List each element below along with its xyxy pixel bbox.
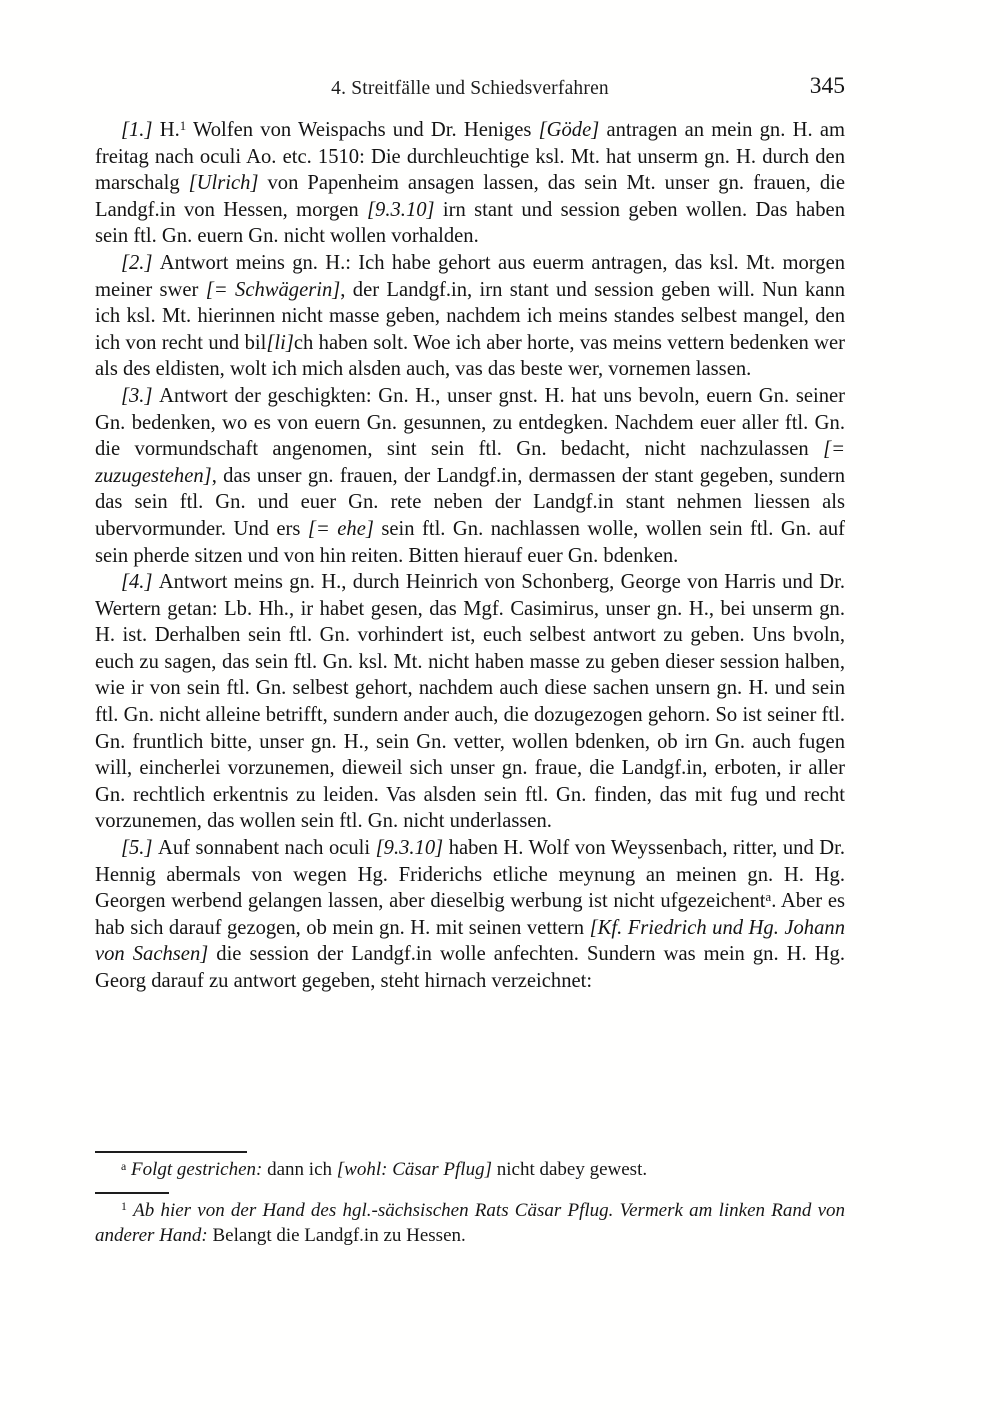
text-run: Folgt gestrichen:	[131, 1159, 262, 1180]
text-run: die session der Landgf.in wolle anfechte…	[95, 943, 845, 992]
footnote-marker: a	[766, 890, 772, 904]
chapter-title: 4. Streitfälle und Schiedsverfahren	[95, 78, 845, 100]
text-run: Antwort meins gn. H., durch Heinrich von…	[95, 571, 845, 832]
footnote-marker: a	[121, 1160, 126, 1173]
text-run: [4.]	[121, 571, 159, 593]
paragraph-4: [4.] Antwort meins gn. H., durch Heinric…	[95, 569, 845, 835]
text-run: [2.]	[121, 252, 160, 274]
book-page: 4. Streitfälle und Schiedsverfahren 345 …	[0, 0, 1004, 1418]
text-run: [Göde]	[539, 119, 600, 141]
text-run: [wohl: Cäsar Pflug]	[337, 1159, 492, 1180]
text-run: [9.3.10]	[367, 199, 435, 221]
footnote-group-1: 1 Ab hier von der Hand des hgl.-sächsisc…	[95, 1192, 845, 1249]
text-run: nicht dabey gewest.	[492, 1159, 647, 1180]
text-run: [9.3.10]	[376, 837, 444, 859]
footnote-text-1: 1 Ab hier von der Hand des hgl.-sächsisc…	[95, 1198, 845, 1249]
paragraph-1: [1.] H.1 Wolfen von Weispachs und Dr. He…	[95, 117, 845, 250]
text-run: [3.]	[121, 385, 159, 407]
footnote-marker: 1	[121, 1200, 127, 1213]
paragraph-3: [3.] Antwort der geschigkten: Gn. H., un…	[95, 383, 845, 569]
text-run: Wolfen von Weispachs und Dr. Heniges	[186, 119, 538, 141]
footnotes-block: a Folgt gestrichen: dann ich [wohl: Cäsa…	[95, 1151, 845, 1249]
paragraph-5: [5.] Auf sonnabent nach oculi [9.3.10] h…	[95, 835, 845, 995]
text-run: [= Schwägerin]	[206, 279, 341, 301]
text-run: Belangt die Landgf.in zu Hessen.	[208, 1225, 466, 1246]
text-run: [Ulrich]	[189, 172, 259, 194]
page-number: 345	[810, 73, 845, 100]
footnote-separator-rule	[95, 1151, 247, 1153]
text-run: dann ich	[262, 1159, 336, 1180]
text-run: [li]	[266, 332, 293, 354]
text-run: [1.]	[121, 119, 160, 141]
main-text-block: [1.] H.1 Wolfen von Weispachs und Dr. He…	[95, 117, 845, 995]
text-run: [5.]	[121, 837, 158, 859]
running-header: 4. Streitfälle und Schiedsverfahren 345	[95, 78, 845, 104]
text-run: H.	[160, 119, 180, 141]
footnote-text-a: a Folgt gestrichen: dann ich [wohl: Cäsa…	[95, 1157, 845, 1183]
text-run: Auf sonnabent nach oculi	[158, 837, 376, 859]
footnote-marker: 1	[180, 119, 186, 133]
text-run: Antwort der geschigkten: Gn. H., unser g…	[95, 385, 845, 460]
footnote-group-a: a Folgt gestrichen: dann ich [wohl: Cäsa…	[95, 1151, 845, 1183]
footnote-separator-rule	[95, 1192, 169, 1194]
text-run: [= ehe]	[308, 518, 374, 540]
paragraph-2: [2.] Antwort meins gn. H.: Ich habe geho…	[95, 250, 845, 383]
